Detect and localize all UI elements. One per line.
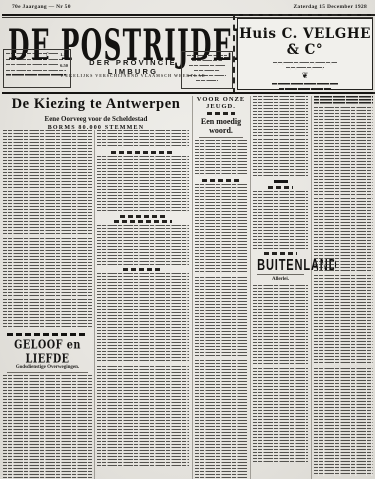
price-value: 6.50	[60, 63, 68, 68]
text-block	[314, 275, 373, 365]
text-block	[97, 273, 189, 363]
subscription-row	[6, 70, 68, 73]
text-block	[195, 184, 247, 274]
dash-ornament	[274, 180, 288, 183]
publisher-box	[181, 51, 233, 89]
text-block	[253, 191, 308, 249]
text-block	[97, 130, 189, 148]
text-block	[6, 74, 66, 77]
text-block	[187, 55, 227, 58]
lead-subhead-1: Eene Oorveeg voor de Scheldestad	[3, 115, 189, 123]
centered-subhead	[268, 186, 293, 189]
lead-headline: De Kiezing te Antwerpen	[3, 96, 189, 113]
text-block	[3, 130, 92, 188]
text-block	[272, 83, 338, 86]
text-block	[97, 366, 189, 466]
text-block	[97, 156, 189, 212]
price-value: 1.10	[60, 52, 68, 57]
section-subtitle-buitenland: Allerlei.	[253, 277, 308, 282]
text-block	[6, 53, 58, 56]
hairline-rule	[257, 274, 304, 275]
section-title-jeugd: VOOR ONZE JEUGD.	[195, 96, 247, 110]
text-block	[195, 277, 247, 357]
text-block	[189, 65, 225, 68]
text-block	[314, 96, 373, 104]
text-block	[314, 107, 373, 195]
newspaper-page: 70e Jaargang — Nr 50 Zaterdag 15 Decembe…	[0, 0, 375, 479]
text-block	[195, 360, 247, 479]
text-block	[286, 67, 324, 70]
hairline-rule	[7, 372, 88, 373]
text-block	[3, 238, 92, 296]
text-block	[195, 140, 247, 176]
fleuron-icon: ❦	[238, 72, 372, 80]
advert-box: Huis C. VELGHE & C° ❦	[237, 18, 373, 90]
edition-date: Zaterdag 15 December 1928	[293, 4, 367, 10]
text-block	[314, 198, 373, 272]
text-block	[3, 375, 92, 479]
column-rule	[311, 96, 312, 479]
text-block	[273, 62, 337, 65]
column-1: GELOOF en LIEFDE Godsdienstige Overwegin…	[3, 130, 92, 479]
column-5	[314, 96, 373, 479]
section-divider	[7, 333, 88, 336]
centered-subhead	[202, 179, 239, 182]
text-block	[6, 59, 66, 62]
centered-subhead	[111, 151, 175, 154]
advert-title: Huis C. VELGHE & C°	[238, 26, 372, 58]
masthead-rule	[2, 92, 373, 94]
text-block	[3, 191, 92, 235]
text-block	[194, 70, 220, 73]
centered-subhead	[207, 112, 236, 115]
column-rule	[94, 130, 95, 479]
edition-issue: 70e Jaargang — Nr 50	[12, 4, 71, 10]
subscription-row: 6.50	[6, 63, 68, 68]
text-block	[196, 80, 217, 83]
centered-subhead	[120, 215, 166, 218]
section-subtitle-jeugd: Een moedig woord.	[195, 117, 247, 135]
text-block	[253, 139, 308, 177]
column-4: BUITENLAND Allerlei.	[253, 96, 308, 465]
column-rule	[250, 96, 251, 479]
text-block	[314, 368, 373, 476]
text-block	[188, 75, 226, 78]
column-rule	[192, 96, 193, 479]
subscription-box: 1.10 6.50	[3, 49, 71, 88]
column-3: VOOR ONZE JEUGD. Een moedig woord.	[195, 96, 247, 479]
text-block	[279, 88, 331, 91]
text-block	[253, 96, 308, 136]
lead-headline-block: De Kiezing te Antwerpen Eene Oorveeg voo…	[3, 96, 189, 131]
text-block	[192, 60, 223, 63]
text-block	[253, 368, 308, 462]
hairline-rule	[199, 137, 243, 138]
text-block	[97, 225, 189, 265]
subscription-row: 1.10	[6, 52, 68, 57]
text-block	[6, 64, 58, 67]
top-rule	[2, 14, 373, 16]
text-block	[6, 70, 66, 73]
centered-subhead	[114, 220, 171, 223]
text-block	[253, 285, 308, 365]
text-block	[3, 299, 92, 329]
column-2	[97, 130, 189, 469]
section-title-geloof: GELOOF en LIEFDE	[7, 338, 89, 366]
edition-line: 70e Jaargang — Nr 50 Zaterdag 15 Decembe…	[12, 4, 367, 10]
subscription-row	[6, 59, 68, 62]
section-title-buitenland: BUITENLAND	[257, 256, 304, 274]
subscription-row	[6, 74, 68, 77]
centered-subhead	[123, 268, 163, 271]
